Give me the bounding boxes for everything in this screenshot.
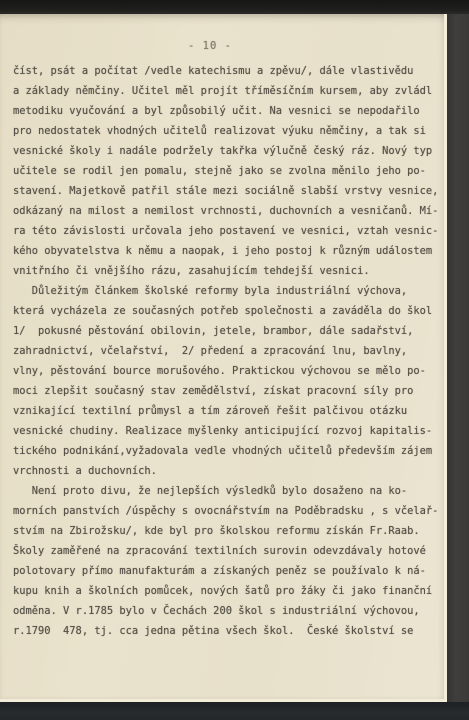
text-line: vesnické chudiny. Realizace myšlenky ant… [13, 421, 443, 441]
text-line: kého obyvatelstva k němu a naopak, i jeh… [13, 241, 443, 261]
text-line: polotovary přímo manufakturám a získanýc… [13, 561, 443, 581]
text-line: tického podnikání,vyžadovala vedle vhodn… [13, 441, 443, 461]
text-line: vnitřního či vnějšího rázu, zasahujícím … [13, 261, 443, 281]
scan-border-top [0, 0, 469, 14]
document-page: - 10 - číst, psát a počítat /vedle katec… [0, 14, 447, 702]
text-line: Školy zaměřené na zpracování textilních … [13, 541, 443, 561]
text-line: moci zlepšit současný stav zemědělství, … [13, 381, 443, 401]
text-line: stavení. Majetkově patřil stále mezi soc… [13, 181, 443, 201]
text-line: morních panstvích /úspěchy s ovocnářství… [13, 501, 443, 521]
text-line: pro nedostatek vhodných učitelů realizov… [13, 121, 443, 141]
text-line: odměna. V r.1785 bylo v Čechách 200 škol… [13, 601, 443, 621]
text-line: metodiku vyučování a byl způsobilý učit.… [13, 101, 443, 121]
text-line: stvím na Zbirožsku/, kde byl pro školsko… [13, 521, 443, 541]
text-line: vesnické školy i nadále podržely takřka … [13, 141, 443, 161]
text-line: Není proto divu, že nejlepších výsledků … [13, 481, 443, 501]
text-line: r.1790 478, tj. cca jedna pětina všech š… [13, 621, 443, 641]
page-text-block: číst, psát a počítat /vedle katechismu a… [13, 61, 443, 641]
text-line: kupu knih a školních pomůcek, nových šat… [13, 581, 443, 601]
text-line: odkázaný na milost a nemilost vrchnosti,… [13, 201, 443, 221]
text-line: číst, psát a počítat /vedle katechismu a… [13, 61, 443, 81]
text-line: 1/ pokusné pěstování obilovin, jetele, b… [13, 321, 443, 341]
text-line: a základy němčiny. Učitel měl projít tří… [13, 81, 443, 101]
text-line: zahradnictví, včelařství, 2/ předení a z… [13, 341, 443, 361]
page-number: - 10 - [0, 40, 420, 52]
text-line: která vycházela ze současných potřeb spo… [13, 301, 443, 321]
scan-border-right [447, 14, 469, 702]
text-line: vlny, pěstování bource morušového. Prakt… [13, 361, 443, 381]
text-line: Důležitým článkem školské reformy byla i… [13, 281, 443, 301]
text-line: vznikající textilní průmysl a tím zárove… [13, 401, 443, 421]
text-line: vrchnosti a duchovních. [13, 461, 443, 481]
scanned-document: - 10 - číst, psát a počítat /vedle katec… [0, 0, 469, 720]
scan-border-bottom [0, 702, 469, 720]
text-line: učitele se rodil jen pomalu, stejně jako… [13, 161, 443, 181]
text-line: ra této závislosti určovala jeho postave… [13, 221, 443, 241]
